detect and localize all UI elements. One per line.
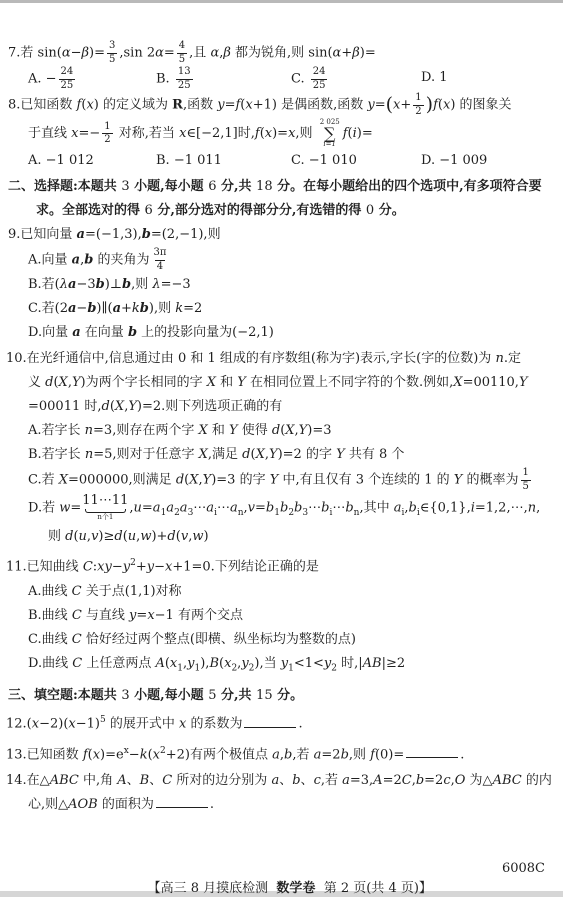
text-run: A. −1 012 <box>28 153 94 168</box>
text-run: 3 <box>121 179 129 194</box>
math-var: x <box>245 98 252 113</box>
underbrace-label: n个1 <box>97 514 113 522</box>
fraction: 45 <box>177 41 187 65</box>
text-run: ⋯ <box>193 501 206 516</box>
q8-option-d: D. −1 009 <box>421 150 557 172</box>
math-var: A <box>117 773 126 788</box>
q10-stem-line3: =00011 时,d(X,Y)=2.则下列选项正确的有 <box>6 396 557 418</box>
text-run: 第 2 页(共 4 页)】 <box>315 881 431 896</box>
math-var: a <box>180 501 188 516</box>
math-var: C <box>72 656 82 671</box>
text-run: 中,角 <box>79 773 117 788</box>
bold-text: 二、选择题:本题共 <box>8 179 121 194</box>
text-run: )= <box>272 126 288 141</box>
text-run: ⋯ <box>217 501 230 516</box>
text-run: ,sin 2 <box>119 46 155 61</box>
q8-option-a: A. −1 012 <box>28 150 156 172</box>
text-run: −1) <box>76 717 100 732</box>
denominator: 5 <box>521 480 531 493</box>
math-var: b <box>345 501 353 516</box>
text-run: A.若字长 <box>28 423 85 438</box>
numerator: 3π <box>151 248 168 260</box>
math-var: w <box>59 501 70 516</box>
bold-text: 分,共 <box>216 688 256 703</box>
underbrace-text: 11⋯11 <box>82 494 128 508</box>
text-run: ,且 <box>189 46 210 61</box>
numerator: 3 <box>107 41 117 53</box>
text-run: −3 <box>76 277 95 292</box>
text-run: + <box>121 301 132 316</box>
math-var: y <box>147 560 154 575</box>
q7-options-row: A. −2425 B. 1325 C. 2425 D. 1 <box>6 67 557 91</box>
q7-option-b: B. 1325 <box>156 67 291 91</box>
text-run: =(−1,3), <box>85 227 142 242</box>
text-run: 所对的边分别为 <box>172 773 271 788</box>
text-run: 18 <box>256 179 273 194</box>
text-run: 在向量 <box>81 325 128 340</box>
text-run: , <box>536 501 540 516</box>
text-run: C.若 <box>28 473 59 488</box>
text-run: A.向量 <box>28 253 72 268</box>
fraction: 2425 <box>59 67 76 91</box>
fraction: 15 <box>521 468 531 492</box>
text-run: ,其中 <box>359 501 393 516</box>
math-var: y <box>187 656 194 671</box>
text-run: 【高三 8 月摸底检测 <box>148 881 277 896</box>
math-var: u <box>79 529 87 544</box>
math-var: C <box>83 560 93 575</box>
fraction: 1325 <box>176 67 193 91</box>
text-run: +2)有两个极值点 <box>166 747 272 762</box>
denominator: 5 <box>177 53 187 66</box>
q9-option-a: A.向量 a,b 的夹角为3π4 <box>6 248 557 272</box>
text-run: 的概率为 <box>462 473 518 488</box>
text-run: 15 <box>256 688 273 703</box>
math-var: x <box>147 608 154 623</box>
math-var: n <box>495 351 503 366</box>
summation-symbol: 2 025∑i=1 <box>320 119 340 148</box>
text-run: − <box>154 560 165 575</box>
math-var: x <box>153 747 160 762</box>
text-run: =3,则存在两个字 <box>93 423 198 438</box>
bold-text: 三、填空题:本题共 <box>8 688 121 703</box>
q14-stem-line2: 心,则△AOB 的面积为. <box>6 794 557 816</box>
exam-content: 7.若 sin(α−β)=35,sin 2α=45,且 α,β 都为锐角,则 s… <box>0 3 563 859</box>
math-var: X <box>453 375 462 390</box>
bold-text: 求。全部选对的得 <box>36 203 145 218</box>
text-run: 恰好经过两个整点(即横、纵坐标均为整数的点) <box>82 632 356 647</box>
math-var: d <box>242 447 250 462</box>
text-run: D.曲线 <box>28 656 72 671</box>
text-run: −1 有两个交点 <box>155 608 243 623</box>
numerator: 13 <box>176 67 193 79</box>
text-run: =00011 时, <box>28 399 102 414</box>
q11-stem: 11.已知曲线 C:xy−y2+y−x+1=0.下列结论正确的是 <box>6 552 557 578</box>
text-run: +1) 是偶函数,函数 <box>253 98 368 113</box>
text-run: 关于点(1,1)对称 <box>82 584 182 599</box>
q8-stem-line1: 8.已知函数 f(x) 的定义域为 R,函数 y=f(x+1) 是偶函数,函数 … <box>6 93 557 117</box>
text-run: 13.已知函数 <box>6 747 83 762</box>
q9-option-c: C.若(2a−b)∥(a+kb),则 k=2 <box>6 298 557 320</box>
math-var: α <box>333 46 342 61</box>
bold-text: 分。 <box>374 203 405 218</box>
q10-stem-line1: 10.在光纤通信中,信息通过由 0 和 1 组成的有序数组(称为字)表示,字长(… <box>6 348 557 370</box>
math-var: a <box>206 501 214 516</box>
q11-option-a: A.曲线 C 关于点(1,1)对称 <box>6 581 557 603</box>
denominator: 2 <box>413 105 423 118</box>
q11-option-c: C.曲线 C 恰好经过两个整点(即横、纵坐标均为整数的点) <box>6 629 557 651</box>
sigma-glyph: ∑ <box>324 126 335 141</box>
q10-option-a: A.若字长 n=3,则存在两个字 X 和 Y 使得 d(X,Y)=3 <box>6 420 557 442</box>
math-var: X <box>199 447 208 462</box>
text-run: 的内 <box>522 773 552 788</box>
text-run: 、 <box>149 773 162 788</box>
text-run: 、 <box>127 773 140 788</box>
vector-var: a <box>77 227 85 242</box>
text-run: 在相同位置上不同字符的个数.例如, <box>246 375 453 390</box>
vector-var: a <box>72 253 80 268</box>
text-run: C.曲线 <box>28 632 72 647</box>
text-run: = <box>164 46 175 61</box>
text-run: + <box>136 560 147 575</box>
answer-blank <box>156 794 208 808</box>
math-var: β <box>352 46 360 61</box>
numerator: 1 <box>102 122 112 134</box>
section2-header-line1: 二、选择题:本题共 3 小题,每小题 6 分,共 18 分。在每小题给出的四个选… <box>6 176 557 198</box>
text-run: =1,2,⋯, <box>475 501 528 516</box>
numerator: 24 <box>59 67 76 79</box>
section3-header: 三、填空题:本题共 3 小题,每小题 5 分,共 15 分。 <box>6 685 557 707</box>
vector-var: b <box>96 277 105 292</box>
math-var: u <box>134 501 142 516</box>
sum-lower-limit: i=1 <box>323 141 336 148</box>
vector-var: b <box>84 253 93 268</box>
text-run: = <box>375 98 386 113</box>
math-var: Y <box>269 447 278 462</box>
text-run: ∈[−2,1]时, <box>186 126 254 141</box>
fraction: 12 <box>102 122 112 146</box>
math-var: d <box>272 423 280 438</box>
numerator: 24 <box>311 67 328 79</box>
text-run: = <box>225 98 236 113</box>
text-run: 上任意两点 <box>82 656 155 671</box>
math-var: x <box>68 717 75 732</box>
math-var: A <box>373 773 382 788</box>
math-var: d <box>167 529 175 544</box>
answer-blank <box>406 744 458 758</box>
bold-text: 分,共 <box>216 179 256 194</box>
text-run: )=3 <box>307 423 331 438</box>
text-run: =2 <box>183 301 202 316</box>
q11-option-d: D.曲线 C 上任意两点 A(x1,y1),B(x2,y2),当 y1<1<y2… <box>6 653 557 680</box>
numerator: 4 <box>177 41 187 53</box>
text-run: B.若字长 <box>28 447 85 462</box>
text-run: )为两个字长相同的字 <box>81 375 207 390</box>
fraction: 35 <box>107 41 117 65</box>
exam-paper-page: 7.若 sin(α−β)=35,sin 2α=45,且 α,β 都为锐角,则 s… <box>0 0 563 897</box>
text-run: C.若(2 <box>28 301 68 316</box>
q11-option-b: B.曲线 C 与直线 y=x−1 有两个交点 <box>6 605 557 627</box>
q8-stem-line2: 于直线 x=−12 对称,若当 x∈[−2,1]时,f(x)=x,则 2 025… <box>6 119 557 148</box>
q13-stem: 13.已知函数 f(x)=ex−k(x2+2)有两个极值点 a,b,若 a=2b… <box>6 740 557 766</box>
text-run: )= <box>357 126 373 141</box>
text-run: C. <box>291 72 309 87</box>
text-run: 3 <box>121 688 129 703</box>
math-var: O <box>455 773 466 788</box>
text-run: )=2 的字 <box>278 447 337 462</box>
text-run: 上的投影向量为(−2,1) <box>137 325 274 340</box>
text-run: B.若( <box>28 277 60 292</box>
denominator: 2 <box>102 133 112 146</box>
text-run: D. 1 <box>421 70 448 85</box>
text-run: 11.已知曲线 <box>6 560 83 575</box>
text-run: = <box>70 501 81 516</box>
text-run: ∈{0,1}, <box>420 501 471 516</box>
text-run: B. −1 011 <box>156 153 222 168</box>
math-var: Y <box>519 375 528 390</box>
math-var: β <box>223 46 231 61</box>
math-var: k <box>175 301 183 316</box>
text-run: 12.( <box>6 717 32 732</box>
math-var: w <box>192 529 203 544</box>
text-run: − <box>129 747 140 762</box>
text-run: 心,则△ <box>28 797 68 812</box>
q9-stem: 9.已知向量 a=(−1,3),b=(2,−1),则 <box>6 224 557 246</box>
text-run: ,满足 <box>208 447 242 462</box>
q8-options-row: A. −1 012 B. −1 011 C. −1 010 D. −1 009 <box>6 150 557 172</box>
text-run: + <box>400 98 411 113</box>
math-var: y <box>281 656 288 671</box>
text-run: 14.在△ <box>6 773 50 788</box>
math-var: α <box>62 46 71 61</box>
math-var: B <box>140 773 150 788</box>
text-run: 和 <box>208 423 229 438</box>
section2-header-line2: 求。全部选对的得 6 分,部分选对的得部分分,有选错的得 0 分。 <box>6 200 557 222</box>
math-var: d <box>114 529 122 544</box>
math-var: β <box>82 46 90 61</box>
text-run: ⋯ <box>308 501 321 516</box>
math-var: α <box>155 46 164 61</box>
fraction: 3π4 <box>151 248 168 272</box>
math-var: a <box>342 773 350 788</box>
math-var: d <box>102 399 110 414</box>
text-run: A. − <box>28 72 57 87</box>
text-run: D.向量 <box>28 325 72 340</box>
q14-stem-line1: 14.在△ABC 中,角 A、B、C 所对的边分别为 a、b、c,若 a=3,A… <box>6 770 557 792</box>
q10-option-d-line2: 则 d(u,v)≥d(u,w)+d(v,w) <box>6 526 557 548</box>
text-run: 使得 <box>238 423 272 438</box>
math-var: λ <box>152 277 160 292</box>
text-run: 10.在光纤通信中,信息通过由 0 和 1 组成的有序数组(称为字)表示,字长(… <box>6 351 495 366</box>
math-var: C <box>72 632 82 647</box>
text-run: )=2.则下列选项正确的有 <box>137 399 282 414</box>
text-run: 为△ <box>465 773 492 788</box>
vector-var: a <box>113 301 121 316</box>
text-run: 9.已知向量 <box>8 227 77 242</box>
text-run: .定 <box>504 351 521 366</box>
vector-var: b <box>142 227 151 242</box>
text-run: )∥( <box>96 301 112 316</box>
fraction: 2425 <box>311 67 328 91</box>
math-var: Y <box>128 399 137 414</box>
text-run: D. −1 009 <box>421 153 487 168</box>
text-run: B. <box>156 72 174 87</box>
text-run: − <box>112 560 123 575</box>
text-run: )=3 的字 <box>211 473 270 488</box>
text-run: ),则 <box>149 301 175 316</box>
text-run: )⊥ <box>105 277 122 292</box>
q8-option-b: B. −1 011 <box>156 150 291 172</box>
math-var: a <box>272 747 280 762</box>
math-var: xy <box>97 560 112 575</box>
text-run: =(2,−1),则 <box>151 227 221 242</box>
text-run: −2)( <box>39 717 68 732</box>
math-var: c <box>314 773 321 788</box>
math-var: ABC <box>50 773 79 788</box>
text-run: 时,| <box>337 656 363 671</box>
text-run: = <box>136 608 147 623</box>
math-var: X <box>59 375 68 390</box>
fraction: 12 <box>413 93 423 117</box>
text-run: . <box>460 747 464 762</box>
text-run: ) <box>203 529 208 544</box>
q7-option-c: C. 2425 <box>291 67 421 91</box>
text-run: ) 的定义域为 <box>94 98 172 113</box>
text-run: =5,则对于任意字 <box>93 447 198 462</box>
text-run: =2 <box>424 773 443 788</box>
denominator: 5 <box>107 53 117 66</box>
text-run: )≥ <box>98 529 114 544</box>
math-var: C <box>72 608 82 623</box>
vector-var: a <box>72 325 80 340</box>
text-run: D.若 <box>28 501 59 516</box>
math-var: n <box>85 423 93 438</box>
text-run: 与直线 <box>82 608 129 623</box>
text-run: =−3 <box>161 277 191 292</box>
text-run: . <box>298 717 302 732</box>
math-var: y <box>217 98 224 113</box>
text-run: 中,有且仅有 3 个连续的 1 的 <box>278 473 453 488</box>
text-run: 于直线 <box>28 126 71 141</box>
text-run: ,则 <box>131 277 152 292</box>
math-var: x <box>265 126 272 141</box>
bold-text: 分。 <box>273 688 304 703</box>
answer-blank <box>244 714 296 728</box>
q10-option-c: C.若 X=000000,则满足 d(X,Y)=3 的字 Y 中,有且仅有 3 … <box>6 468 557 492</box>
q10-option-b: B.若字长 n=5,则对于任意字 X,满足 d(X,Y)=2 的字 Y 共有 8… <box>6 444 557 466</box>
math-var: X <box>198 423 207 438</box>
text-run: 的展开式中 <box>106 717 179 732</box>
text-run: (0)= <box>375 747 404 762</box>
math-var: a <box>166 501 174 516</box>
math-var: Y <box>229 423 238 438</box>
numerator: 1 <box>413 93 423 105</box>
text-run: <1< <box>294 656 324 671</box>
text-run: + <box>341 46 352 61</box>
text-run: 、 <box>301 773 314 788</box>
text-run: 6 <box>145 203 153 218</box>
math-var: n <box>85 447 93 462</box>
underbrace: 11⋯11n个1 <box>82 494 128 522</box>
math-var: B <box>209 656 219 671</box>
math-var: a <box>230 501 238 516</box>
q7-option-d: D. 1 <box>421 67 557 91</box>
vector-var: b <box>128 325 137 340</box>
paper-code: 6008C <box>502 859 545 879</box>
text-run: ) 的图象关 <box>450 98 511 113</box>
math-var: Y <box>237 375 246 390</box>
math-var: k <box>140 747 148 762</box>
text-run: 的夹角为 <box>93 253 149 268</box>
math-var: λ <box>60 277 68 292</box>
math-var: X <box>285 423 294 438</box>
math-var: X <box>256 447 265 462</box>
math-var: y <box>241 656 248 671</box>
math-var: α <box>210 46 219 61</box>
q10-stem-line2: 义 d(X,Y)为两个字长相同的字 X 和 Y 在相同位置上不同字符的个数.例如… <box>6 372 557 394</box>
text-run: 8.已知函数 <box>8 98 77 113</box>
page-footer: 【高三 8 月摸底检测 数学卷 第 2 页(共 4 页)】 6008C <box>0 859 563 879</box>
math-var: x <box>32 717 39 732</box>
vector-var: b <box>122 277 131 292</box>
denominator: 25 <box>311 79 328 92</box>
big-paren: ( <box>386 94 393 116</box>
math-var: y <box>123 560 130 575</box>
math-var: ABC <box>493 773 522 788</box>
math-var: k <box>132 301 140 316</box>
text-run: ,若 <box>292 747 313 762</box>
text-run: B.曲线 <box>28 608 72 623</box>
text-run: 和 <box>216 375 237 390</box>
math-var: A <box>155 656 164 671</box>
q8-option-c: C. −1 010 <box>291 150 421 172</box>
vector-var: b <box>140 301 149 316</box>
math-var: b <box>341 747 349 762</box>
text-run: = <box>255 501 266 516</box>
text-run: 、 <box>279 773 292 788</box>
math-var: d <box>176 473 184 488</box>
text-run: − <box>76 301 87 316</box>
text-run: =000000,则满足 <box>68 473 176 488</box>
text-run: )+ <box>151 529 167 544</box>
text-run: 的面积为 <box>98 797 154 812</box>
text-run: 共有 8 个 <box>345 447 405 462</box>
math-var: C <box>72 584 82 599</box>
text-run: ,函数 <box>183 98 217 113</box>
q7-stem: 7.若 sin(α−β)=35,sin 2α=45,且 α,β 都为锐角,则 s… <box>6 41 557 65</box>
text-run: 都为锐角,则 sin( <box>231 46 333 61</box>
big-paren: ) <box>426 94 433 116</box>
text-run: 义 <box>28 375 45 390</box>
numerator: 1 <box>521 468 531 480</box>
math-var: w <box>140 529 151 544</box>
bold-text: 分。在每小题给出的四个选项中,有多项符合要 <box>273 179 542 194</box>
footer-title: 【高三 8 月摸底检测 数学卷 第 2 页(共 4 页)】 <box>148 881 432 896</box>
bold-text: 数学卷 <box>276 881 315 896</box>
text-run: ),当 <box>254 656 280 671</box>
text-run: − <box>71 46 82 61</box>
text-run: 的系数为 <box>186 717 242 732</box>
text-run: 0 <box>366 203 374 218</box>
text-run: )=e <box>100 747 124 762</box>
math-var: x <box>86 98 93 113</box>
math-var: Y <box>299 423 308 438</box>
text-run: )= <box>89 46 105 61</box>
denominator: 25 <box>176 79 193 92</box>
text-run: =2 <box>383 773 402 788</box>
text-run: = <box>142 501 153 516</box>
bold-text: 分,部分选对的得部分分,有选错的得 <box>153 203 366 218</box>
